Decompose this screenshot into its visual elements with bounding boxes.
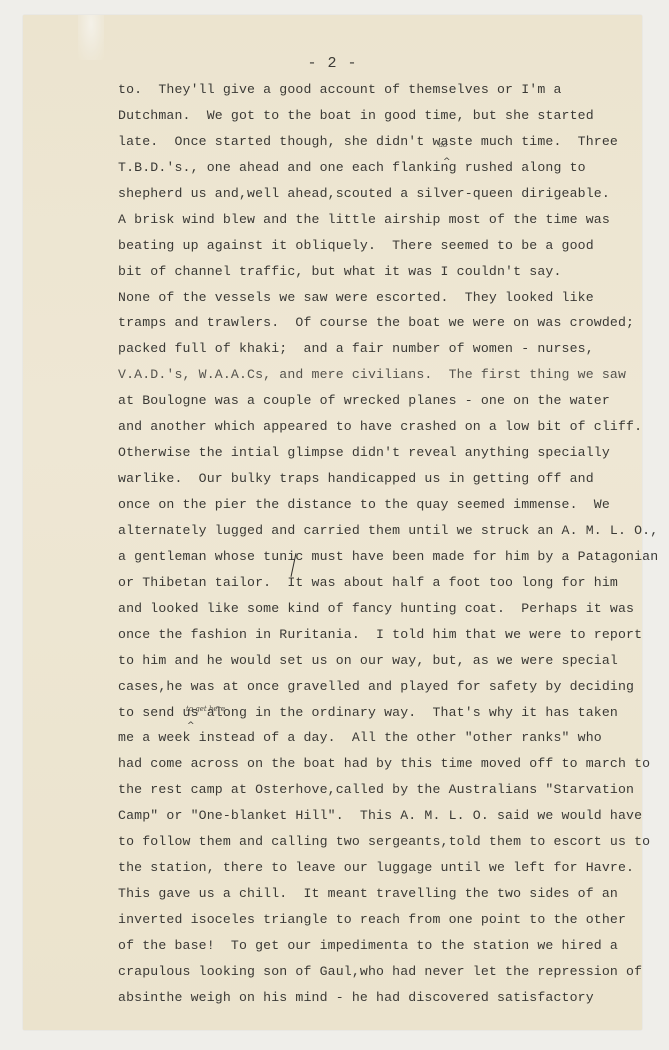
text-line: inverted isoceles triangle to reach from… — [118, 907, 658, 933]
text-line: shepherd us and,well ahead,scouted a sil… — [118, 181, 658, 207]
text-line: Otherwise the intial glimpse didn't reve… — [118, 440, 658, 466]
caret-mark: ^ — [443, 157, 451, 167]
text-line: and looked like some kind of fancy hunti… — [118, 596, 658, 622]
text-line: the rest camp at Osterhove,called by the… — [118, 777, 658, 803]
page-number: - 2 - — [23, 55, 642, 72]
text-line: once on the pier the distance to the qua… — [118, 492, 658, 518]
text-line: once the fashion in Ruritania. I told hi… — [118, 622, 658, 648]
text-line: Dutchman. We got to the boat in good tim… — [118, 103, 658, 129]
text-line: warlike. Our bulky traps handicapped us … — [118, 466, 658, 492]
caret-mark: ^ — [187, 721, 195, 731]
handwritten-insertion: to get here — [186, 705, 225, 713]
text-line: had come across on the boat had by this … — [118, 751, 658, 777]
text-line: late. Once started though, she didn't wa… — [118, 129, 658, 155]
text-line: None of the vessels we saw were escorted… — [118, 285, 658, 311]
text-line: at Boulogne was a couple of wrecked plan… — [118, 388, 658, 414]
text-line: to him and he would set us on our way, b… — [118, 648, 658, 674]
text-line: to. They'll give a good account of thems… — [118, 77, 658, 103]
text-line: Camp" or "One-blanket Hill". This A. M. … — [118, 803, 658, 829]
text-line: A brisk wind blew and the little airship… — [118, 207, 658, 233]
text-line: This gave us a chill. It meant travellin… — [118, 881, 658, 907]
text-line: the station, there to leave our luggage … — [118, 855, 658, 881]
text-line: of the base! To get our impedimenta to t… — [118, 933, 658, 959]
text-line: tramps and trawlers. Of course the boat … — [118, 310, 658, 336]
handwritten-insertion: ad — [439, 141, 448, 149]
text-line: me a week instead of a day. All the othe… — [118, 725, 658, 751]
text-line: T.B.D.'s., one ahead and one each flanki… — [118, 155, 658, 181]
text-line: absinthe weigh on his mind - he had disc… — [118, 985, 658, 1011]
text-line: and another which appeared to have crash… — [118, 414, 658, 440]
text-line: or Thibetan tailor. It was about half a … — [118, 570, 658, 596]
typewritten-page: - 2 - to. They'll give a good account of… — [23, 15, 642, 1030]
text-line: bit of channel traffic, but what it was … — [118, 259, 658, 285]
text-line: V.A.D.'s, W.A.A.Cs, and mere civilians. … — [118, 362, 658, 388]
document-body: to. They'll give a good account of thems… — [118, 77, 658, 1011]
text-line: to follow them and calling two sergeants… — [118, 829, 658, 855]
text-line: packed full of khaki; and a fair number … — [118, 336, 658, 362]
text-line: cases,he was at once gravelled and playe… — [118, 674, 658, 700]
text-line: alternately lugged and carried them unti… — [118, 518, 658, 544]
text-line: beating up against it obliquely. There s… — [118, 233, 658, 259]
text-line: a gentleman whose tunic must have been m… — [118, 544, 658, 570]
paper-stain — [78, 15, 104, 60]
text-line: crapulous looking son of Gaul,who had ne… — [118, 959, 658, 985]
